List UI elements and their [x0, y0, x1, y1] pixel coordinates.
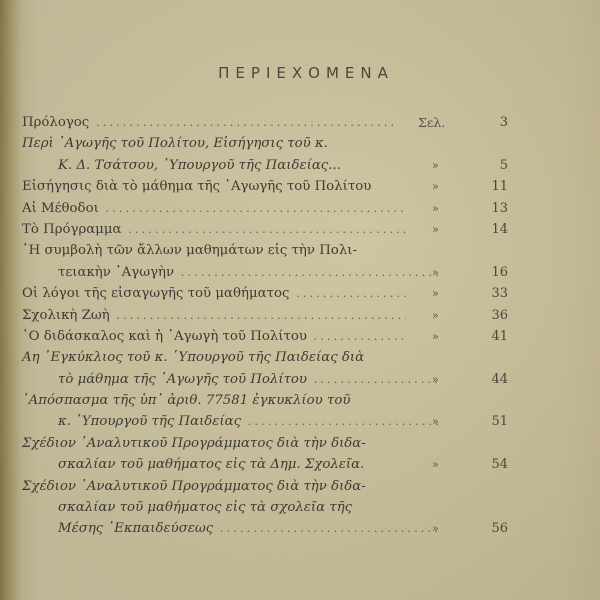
page-title: ΠΕΡΙΕΧΟΜΕΝΑ: [0, 64, 600, 82]
ditto-mark: »: [432, 283, 439, 304]
page-abbrev-label: Σελ.: [418, 112, 445, 133]
toc-entry-title: Σχέδιον ᾿Αναλυτικοῦ Προγράμματος διὰ τὴν…: [22, 436, 366, 451]
toc-entry-title: Πρόλογος: [22, 115, 89, 130]
page-number: 54: [478, 454, 508, 475]
toc-entry-title: Τὸ Πρόγραμμα: [22, 222, 122, 237]
page-number: 13: [478, 198, 508, 219]
toc-entry-title: ᾿Απόσπασμα τῆς ὑπ᾿ ἀριθ. 77581 ἐγκυκλίου…: [22, 393, 350, 408]
toc-entry-line: Σχέδιον ᾿Αναλυτικοῦ Προγράμματος διὰ τὴν…: [22, 476, 522, 497]
ditto-mark: »: [432, 176, 439, 197]
toc-entry-line: Περὶ ᾿Αγωγῆς τοῦ Πολίτου, Εἰσήγησις τοῦ …: [22, 133, 522, 154]
page-number: 41: [478, 326, 508, 347]
page-number: 56: [478, 518, 508, 539]
toc-entry: ῾Η συμβολὴ τῶν ἄλλων μαθημάτων εἰς τὴν Π…: [22, 240, 522, 283]
toc-entry-title: Σχέδιον ᾿Αναλυτικοῦ Προγράμματος διὰ τὴν…: [22, 479, 366, 494]
toc-entry: Αη ᾿Εγκύκλιος τοῦ κ. ῾Υπουργοῦ τῆς Παιδε…: [22, 347, 522, 390]
toc-entry-title: κ. ῾Υπουργοῦ τῆς Παιδείας: [58, 414, 241, 429]
ditto-mark: »: [432, 518, 439, 539]
ditto-mark: »: [432, 219, 439, 240]
toc-entry-title: Αη ᾿Εγκύκλιος τοῦ κ. ῾Υπουργοῦ τῆς Παιδε…: [22, 350, 364, 365]
toc-entry: Αἱ Μέθοδοι .............................…: [22, 198, 522, 219]
toc-entry-line: ῾Η συμβολὴ τῶν ἄλλων μαθημάτων εἰς τὴν Π…: [22, 240, 522, 261]
toc-entry: Σχολικὴ Ζωὴ ............................…: [22, 305, 522, 326]
ditto-mark: »: [432, 369, 439, 390]
ditto-mark: »: [432, 454, 439, 475]
ditto-mark: »: [432, 262, 439, 283]
toc-entry-line: ᾿Απόσπασμα τῆς ὑπ᾿ ἀριθ. 77581 ἐγκυκλίου…: [22, 390, 522, 411]
toc-entry-line: Σχέδιον ᾿Αναλυτικοῦ Προγράμματος διὰ τὴν…: [22, 433, 522, 454]
toc-entry-title: τειακὴν ᾿Αγωγὴν: [58, 265, 174, 280]
table-of-contents: Πρόλογος ...............................…: [22, 112, 522, 540]
ditto-mark: »: [432, 305, 439, 326]
ditto-mark: »: [432, 198, 439, 219]
ditto-mark: »: [432, 155, 439, 176]
toc-entry-title: Περὶ ᾿Αγωγῆς τοῦ Πολίτου, Εἰσήγησις τοῦ …: [22, 136, 328, 151]
toc-entry-line: Αη ᾿Εγκύκλιος τοῦ κ. ῾Υπουργοῦ τῆς Παιδε…: [22, 347, 522, 368]
toc-entry-title: τὸ μάθημα τῆς ᾿Αγωγῆς τοῦ Πολίτου: [58, 372, 307, 387]
page-number: 5: [478, 155, 508, 176]
ditto-mark: »: [432, 411, 439, 432]
toc-entry: Τὸ Πρόγραμμα ...........................…: [22, 219, 522, 240]
page-number: 3: [478, 112, 508, 133]
toc-entry-title: Εἰσήγησις διὰ τὸ μάθημα τῆς ᾿Αγωγῆς τοῦ …: [22, 179, 371, 194]
page-number: 36: [478, 305, 508, 326]
toc-entry: Σχέδιον ᾿Αναλυτικοῦ Προγράμματος διὰ τὴν…: [22, 476, 522, 540]
toc-entry: Εἰσήγησις διὰ τὸ μάθημα τῆς ᾿Αγωγῆς τοῦ …: [22, 176, 522, 197]
page-number: 14: [478, 219, 508, 240]
toc-entry: ᾿Απόσπασμα τῆς ὑπ᾿ ἀριθ. 77581 ἐγκυκλίου…: [22, 390, 522, 433]
toc-entry-title: Σχολικὴ Ζωὴ: [22, 308, 110, 323]
toc-entry-title: ῾Ο διδάσκαλος καὶ ἡ ᾿Αγωγὴ τοῦ Πολίτου: [22, 329, 307, 344]
toc-entry-title: Αἱ Μέθοδοι: [22, 201, 99, 216]
toc-entry-title: ῾Η συμβολὴ τῶν ἄλλων μαθημάτων εἰς τὴν Π…: [22, 243, 357, 258]
toc-entry-title: σκαλίαν τοῦ μαθήματος εἰς τὰ σχολεῖα τῆς: [58, 500, 352, 515]
page-number: 51: [478, 411, 508, 432]
toc-entry-title: Κ. Δ. Τσάτσου, ῾Υπουργοῦ τῆς Παιδείας...: [58, 158, 341, 173]
toc-entry-title: σκαλίαν τοῦ μαθήματος εἰς τὰ Δημ. Σχολεῖ…: [58, 457, 364, 472]
ditto-mark: »: [432, 326, 439, 347]
toc-entry-title: Οἱ λόγοι τῆς εἰσαγωγῆς τοῦ μαθήματος: [22, 286, 289, 301]
toc-entry-title: Μέσης ᾿Εκπαιδεύσεως: [58, 521, 213, 536]
page-number: 16: [478, 262, 508, 283]
page-number: 11: [478, 176, 508, 197]
toc-entry: Πρόλογος ...............................…: [22, 112, 522, 133]
page-number: 44: [478, 369, 508, 390]
toc-entry: ῾Ο διδάσκαλος καὶ ἡ ᾿Αγωγὴ τοῦ Πολίτου .…: [22, 326, 522, 347]
toc-entry: Περὶ ᾿Αγωγῆς τοῦ Πολίτου, Εἰσήγησις τοῦ …: [22, 133, 522, 176]
toc-entry: Σχέδιον ᾿Αναλυτικοῦ Προγράμματος διὰ τὴν…: [22, 433, 522, 476]
toc-entry-line: σκαλίαν τοῦ μαθήματος εἰς τὰ σχολεῖα τῆς: [22, 497, 522, 518]
toc-entry: Οἱ λόγοι τῆς εἰσαγωγῆς τοῦ μαθήματος ...…: [22, 283, 522, 304]
page-number: 33: [478, 283, 508, 304]
